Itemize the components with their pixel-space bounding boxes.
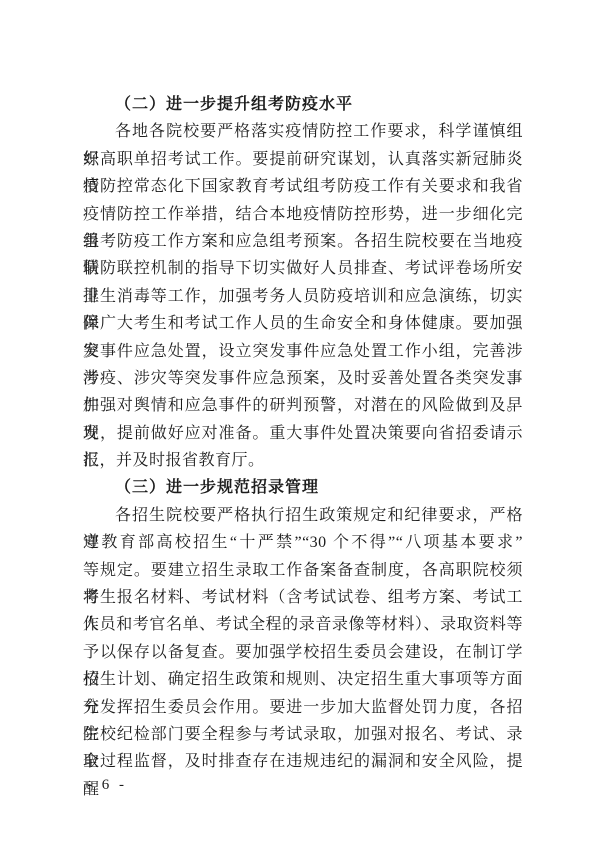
paragraph-line: 院校纪检部门要全程参与考试录取，加强对报名、考试、录取 [83, 721, 523, 748]
paragraph-line: 组考防疫工作方案和应急组考预案。各招生院校要在当地疫情 [83, 228, 523, 255]
section-heading: （三）进一步规范招录管理 [83, 474, 523, 501]
paragraph-line: 等规定。要建立招生录取工作备案备查制度，各高职院校须将 [83, 557, 523, 584]
paragraph-line: 联防联控机制的指导下切实做好人员排查、考试评卷场所安排、 [83, 255, 523, 282]
paragraph-line: 各地各院校要严格落实疫情防控工作要求，科学谨慎组织 [83, 118, 523, 145]
document-page: （二）进一步提升组考防疫水平 各地各院校要严格落实疫情防控工作要求，科学谨慎组织… [0, 0, 600, 848]
paragraph-line: 卫生消毒等工作，加强考务人员防疫培训和应急演练，切实保 [83, 283, 523, 310]
paragraph-line: 守教育部高校招生“十严禁”“30 个不得”“八项基本要求” [83, 529, 523, 556]
paragraph-line: 招生计划、确定招生政策和规则、决定招生重大事项等方面充 [83, 666, 523, 693]
paragraph-line: 分发挥招生委员会作用。要进一步加大监督处罚力度，各招生 [83, 694, 523, 721]
paragraph-line: 各招生院校要严格执行招生政策规定和纪律要求，严格遵 [83, 502, 523, 529]
paragraph-line: 予以保存以备复查。要加强学校招生委员会建设，在制订学校 [83, 639, 523, 666]
document-body: （二）进一步提升组考防疫水平 各地各院校要严格落实疫情防控工作要求，科学谨慎组织… [83, 91, 523, 776]
paragraph-line: 现，提前做好应对准备。重大事件处置决策要向省招委请示汇 [83, 420, 523, 447]
paragraph-line: 疫情防控工作举措，结合本地疫情防控形势，进一步细化完善 [83, 201, 523, 228]
paragraph-line: 障广大考生和考试工作人员的生命安全和身体健康。要加强突 [83, 310, 523, 337]
paragraph-line: 全过程监督，及时排查存在违规违纪的漏洞和安全风险，提醒 [83, 748, 523, 775]
paragraph-line: 涉疫、涉灾等突发事件应急预案，及时妥善处置各类突发事件。 [83, 365, 523, 392]
paragraph-line: 报，并及时报省教育厅。 [83, 447, 523, 474]
paragraph-line: 情防控常态化下国家教育考试组考防疫工作有关要求和我省 [83, 173, 523, 200]
page-number: - 6 - [87, 777, 127, 794]
paragraph-line: 发事件应急处置，设立突发事件应急处置工作小组，完善涉考、 [83, 338, 523, 365]
paragraph-line: 好高职单招考试工作。要提前研究谋划，认真落实新冠肺炎疫 [83, 146, 523, 173]
paragraph-line: 加强对舆情和应急事件的研判预警，对潜在的风险做到及早发 [83, 392, 523, 419]
paragraph-line: 人员和考官名单、考试全程的录音录像等材料）、录取资料等 [83, 611, 523, 638]
section-heading: （二）进一步提升组考防疫水平 [83, 91, 523, 118]
paragraph-line: 考生报名材料、考试材料（含考试试卷、组考方案、考试工作 [83, 584, 523, 611]
